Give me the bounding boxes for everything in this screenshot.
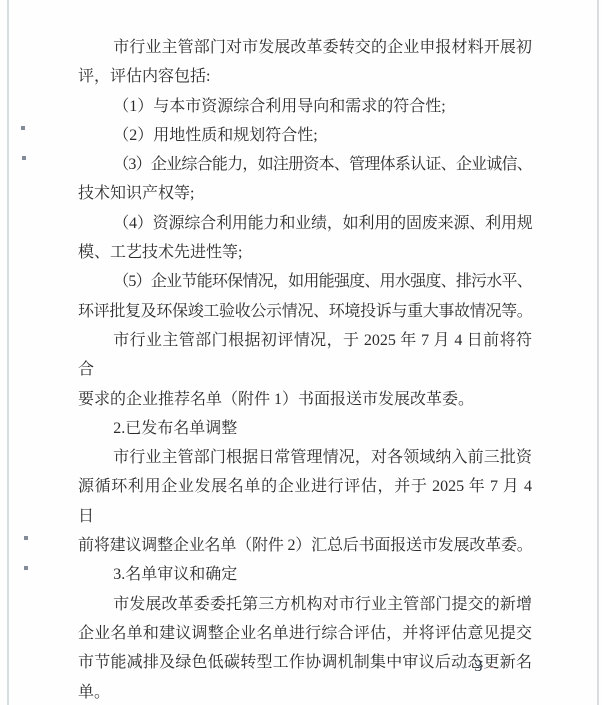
text-line: 要求的企业推荐名单（附件 1）书面报送市发展改革委。 [78,385,532,414]
text-line: （2）用地性质和规划符合性; [78,121,532,150]
page-number-digit: 3 [474,658,483,675]
text-line: 模、工艺技术先进性等; [78,238,532,267]
text-line: 3.名单审议和确定 [78,560,532,589]
text-line: 企业名单和建议调整企业名单进行综合评估，并将评估意见提交 [78,619,532,648]
text-line: （1）与本市资源综合利用导向和需求的符合性; [78,92,532,121]
page-number-dash-right: - [483,658,495,675]
text-line: （4）资源综合利用能力和业绩，如利用的固废来源、利用规 [78,209,532,238]
text-line: 2.已发布名单调整 [78,414,532,443]
text-line: （3）企业综合能力，如注册资本、管理体系认证、企业诚信、 [78,150,532,179]
text-line: 单。 [78,678,532,705]
text-line: 市行业主管部门对市发展改革委转交的企业申报材料开展初 [78,33,532,62]
document-body: 市行业主管部门对市发展改革委转交的企业申报材料开展初 评，评估内容包括: （1）… [78,33,532,705]
text-line: （5）企业节能环保情况，如用能强度、用水强度、排污水平、 [78,267,532,296]
text-line: 源循环利用企业发展名单的企业进行评估，并于 2025 年 7 月 4 日 [78,472,532,531]
scan-speckle [21,126,25,130]
text-line: 前将建议调整企业名单（附件 2）汇总后书面报送市发展改革委。 [78,531,532,560]
scan-speckle [24,566,28,570]
page-number: -3- [462,658,496,676]
document-page: 市行业主管部门对市发展改革委转交的企业申报材料开展初 评，评估内容包括: （1）… [0,0,602,705]
text-line: 技术知识产权等; [78,179,532,208]
text-line: 市行业主管部门根据日常管理情况，对各领域纳入前三批资 [78,443,532,472]
scan-speckle [22,156,26,160]
text-line: 市发展改革委委托第三方机构对市行业主管部门提交的新增 [78,590,532,619]
scan-edge-left [7,0,9,705]
scan-speckle [24,536,28,540]
text-line: 评，评估内容包括: [78,62,532,91]
page-number-dash-left: - [462,658,474,675]
scan-edge-right [597,0,599,705]
text-line: 环评批复及环保竣工验收公示情况、环境投诉与重大事故情况等。 [78,297,532,326]
text-line: 市行业主管部门根据初评情况，于 2025 年 7 月 4 日前将符合 [78,326,532,385]
